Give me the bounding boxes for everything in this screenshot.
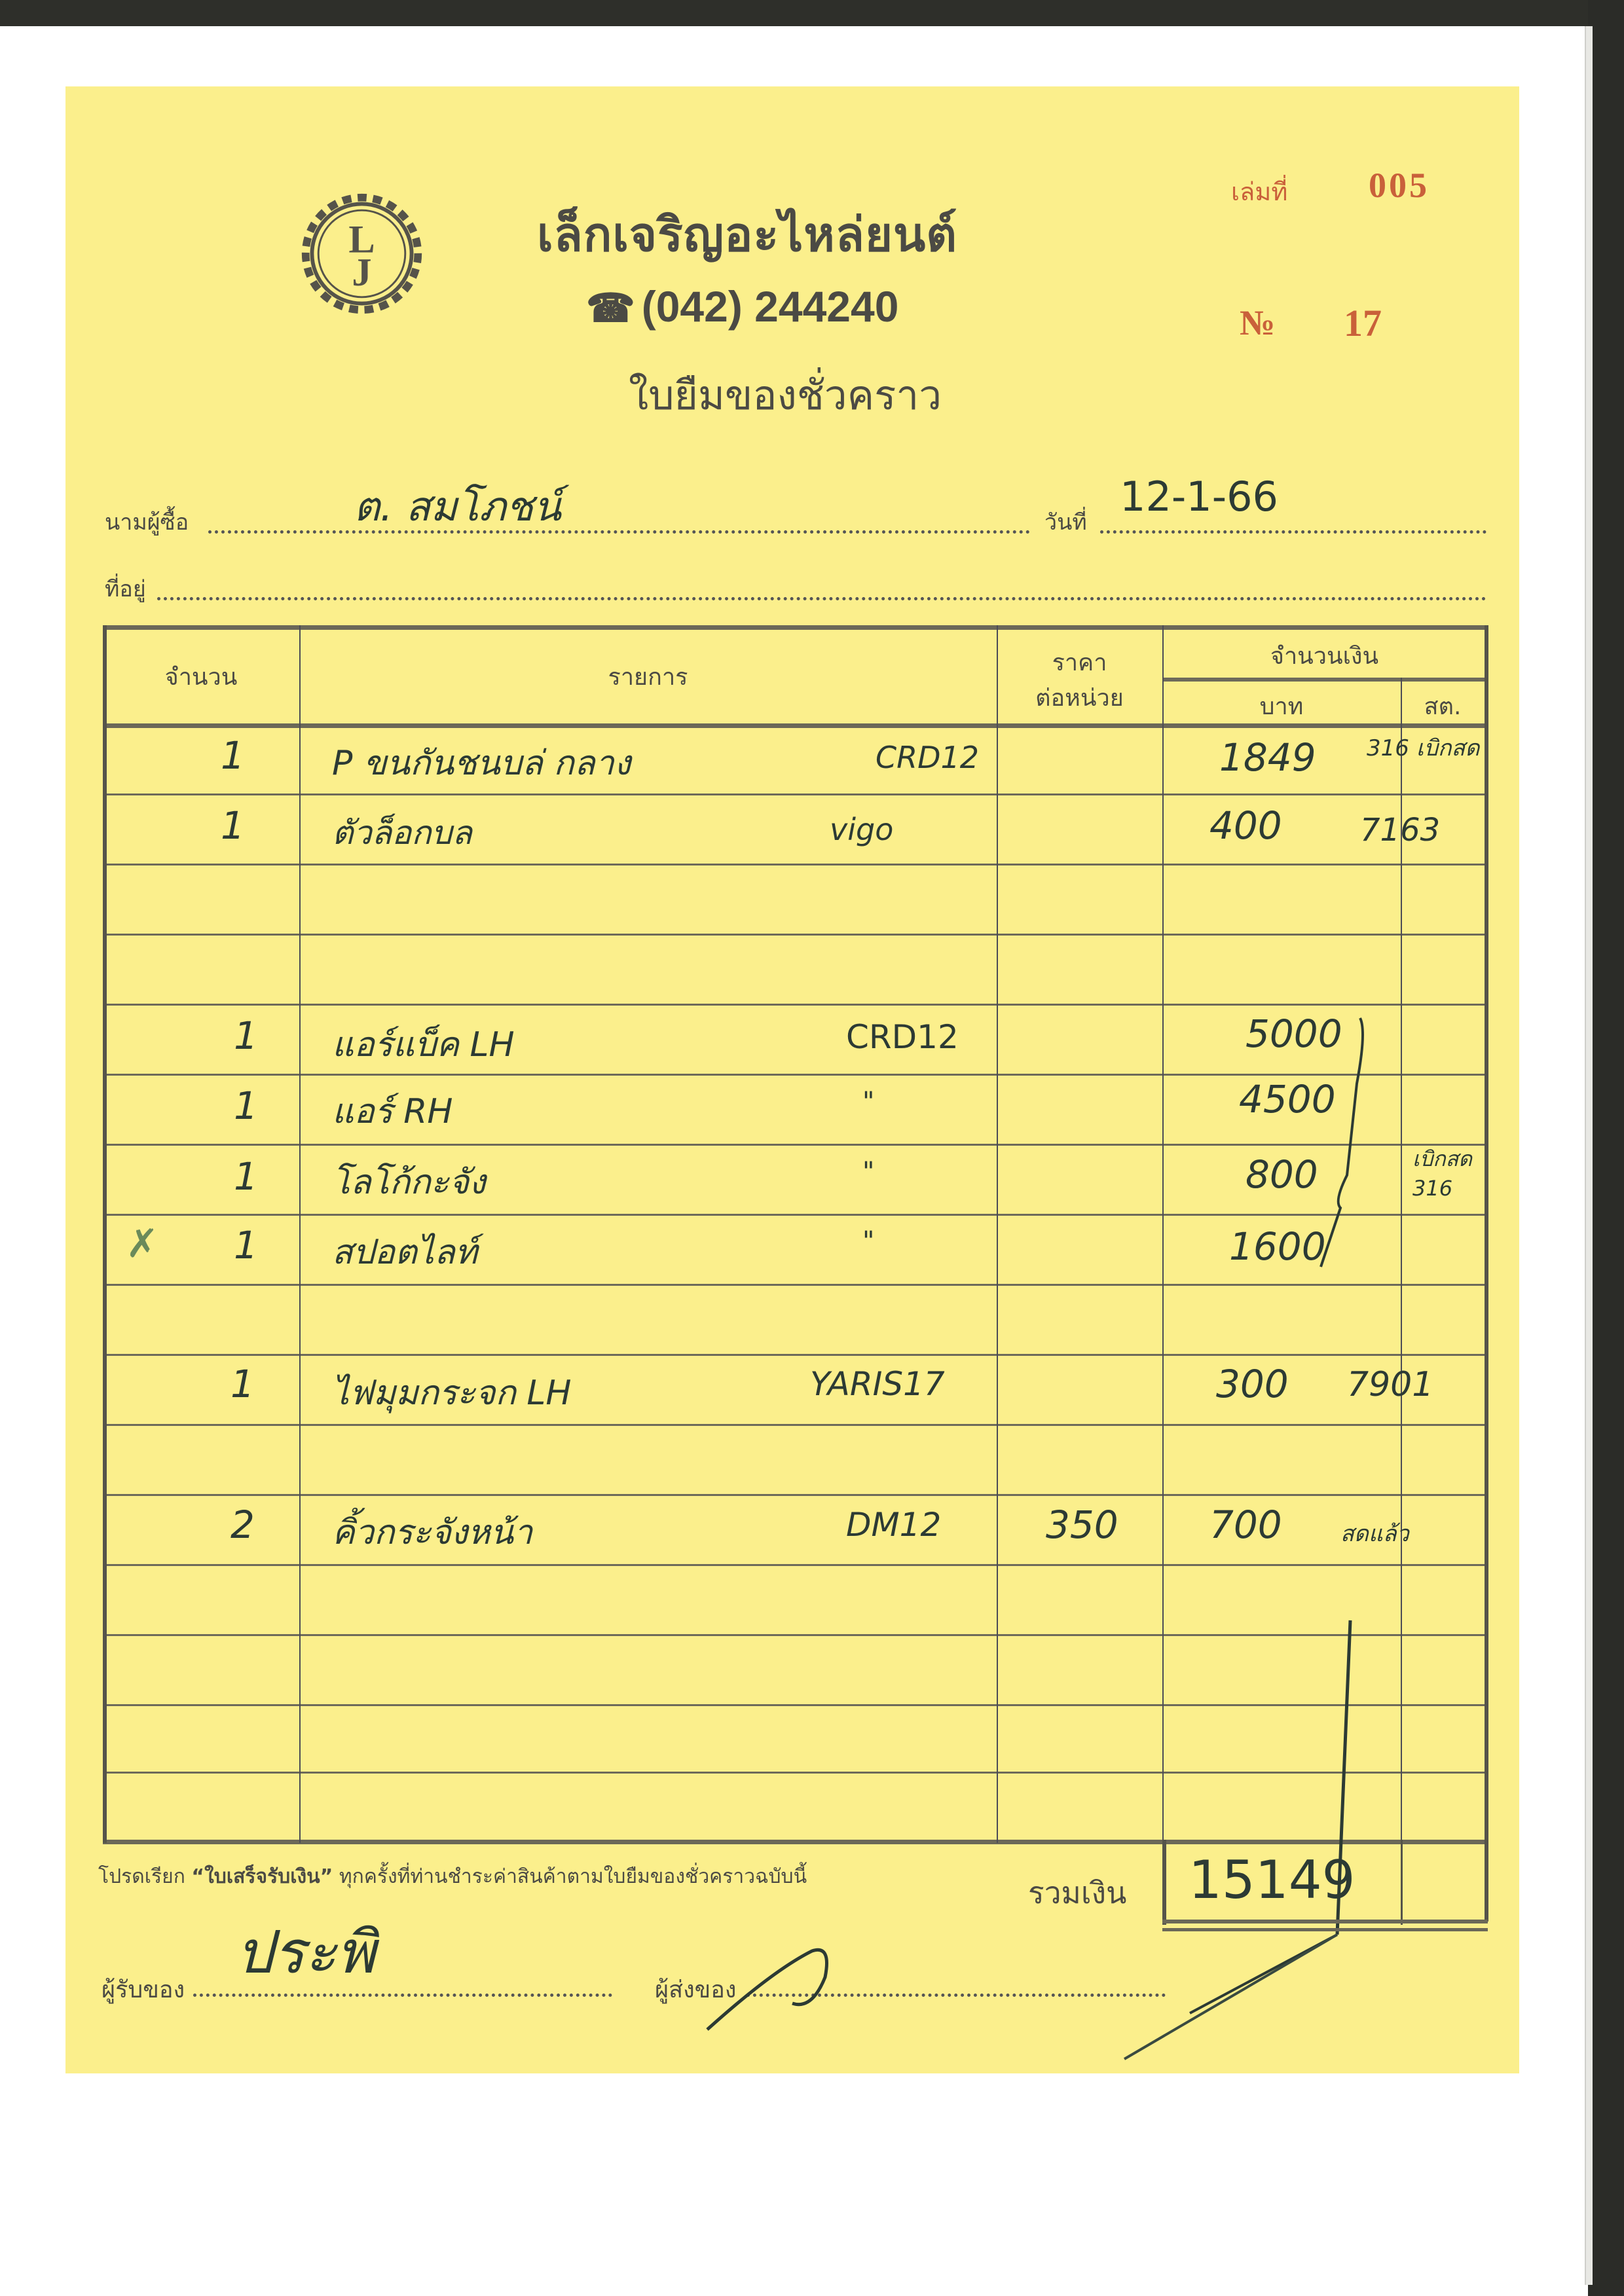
row5-model[interactable]: CRD12 xyxy=(846,1018,959,1056)
book-number: 005 xyxy=(1369,165,1430,206)
row12-baht[interactable]: 700 xyxy=(1209,1503,1282,1547)
total-box-mid xyxy=(1401,1840,1403,1925)
row7-note: เบิกสด 316 xyxy=(1412,1142,1498,1201)
receiver-label: ผู้รับของ xyxy=(101,1971,185,2008)
row10-qty[interactable]: 1 xyxy=(231,1362,255,1406)
row1-qty[interactable]: 1 xyxy=(221,733,245,778)
header-unit-price-1: ราคา xyxy=(997,644,1162,681)
date-value[interactable]: 12-1-66 xyxy=(1120,473,1278,520)
row-line xyxy=(103,1004,1488,1006)
header-baht: บาท xyxy=(1162,687,1401,725)
scanner-top-edge xyxy=(0,0,1624,26)
row6-qty[interactable]: 1 xyxy=(234,1084,258,1128)
date-label: วันที่ xyxy=(1044,504,1087,539)
backing-sheet-edge xyxy=(1585,26,1593,2285)
date-line xyxy=(1100,530,1486,534)
bracket-mark-icon xyxy=(1295,1005,1373,1280)
col-border-baht xyxy=(1401,678,1402,1922)
row1-item[interactable]: P ขนกันชนบล่ กลาง xyxy=(332,735,631,790)
telephone-icon: ☎ xyxy=(586,286,635,330)
row10-baht[interactable]: 300 xyxy=(1216,1362,1289,1406)
row-line xyxy=(103,934,1488,936)
address-line[interactable] xyxy=(157,597,1486,600)
row-line xyxy=(103,1494,1488,1496)
total-double-line-1 xyxy=(1162,1920,1488,1923)
row2-qty[interactable]: 1 xyxy=(221,803,245,848)
tally-stroke-icon xyxy=(876,1607,1399,2066)
total-double-line-2 xyxy=(1162,1928,1488,1931)
buyer-label: นามผู้ซื้อ xyxy=(105,504,189,539)
buyer-name[interactable]: ต. สมโภชน์ xyxy=(354,475,561,539)
svg-text:J: J xyxy=(352,251,371,295)
header-qty: จำนวน xyxy=(103,658,299,695)
row-line xyxy=(103,1424,1488,1426)
row10-item[interactable]: ไฟมุมกระจก LH xyxy=(332,1365,571,1419)
row8-model[interactable]: " xyxy=(862,1226,874,1256)
row6-model[interactable]: " xyxy=(862,1087,874,1117)
sender-signature-stroke-icon xyxy=(681,1931,943,2036)
row-line xyxy=(103,1284,1488,1286)
row2-model[interactable]: vigo xyxy=(830,812,893,847)
row10-note: 7901 xyxy=(1347,1365,1433,1404)
row6-item[interactable]: แอร์ RH xyxy=(332,1084,452,1138)
row5-item[interactable]: แอร์แบ็ค LH xyxy=(332,1017,515,1071)
row12-model[interactable]: DM12 xyxy=(846,1506,941,1544)
row2-note: 7163 xyxy=(1360,812,1440,848)
company-logo-gear-icon: L J xyxy=(298,190,426,318)
strike-mark-icon: ✗ xyxy=(126,1221,158,1267)
row8-item[interactable]: สปอตไลท์ xyxy=(332,1224,477,1279)
row1-note: 316 เบิกสด xyxy=(1367,730,1491,765)
header-item: รายการ xyxy=(299,658,997,695)
amount-subheader-line xyxy=(1164,678,1488,682)
number-label: № xyxy=(1240,302,1275,343)
row-line xyxy=(103,1354,1488,1356)
buyer-line xyxy=(208,530,1030,534)
row-line xyxy=(103,1144,1488,1146)
row-line xyxy=(103,1074,1488,1076)
row2-item[interactable]: ตัวล็อกบล xyxy=(332,807,472,859)
total-label: รวมเงิน xyxy=(1028,1869,1127,1917)
col-border-right xyxy=(1485,625,1488,1922)
row-line xyxy=(103,1214,1488,1216)
header-unit-price-2: ต่อหน่วย xyxy=(997,679,1162,716)
row12-unit-price[interactable]: 350 xyxy=(1046,1503,1118,1547)
row7-model[interactable]: " xyxy=(862,1157,874,1187)
row5-qty[interactable]: 1 xyxy=(234,1013,258,1058)
row-line xyxy=(103,1564,1488,1566)
col-border-left xyxy=(103,625,107,1843)
table-top-border xyxy=(103,625,1488,630)
row8-qty[interactable]: 1 xyxy=(234,1223,258,1267)
company-name: เล็กเจริญอะไหล่ยนต์ xyxy=(537,196,957,272)
scanner-right-edge xyxy=(1588,0,1624,2296)
row1-model[interactable]: CRD12 xyxy=(876,740,979,775)
row10-model[interactable]: YARIS17 xyxy=(810,1365,945,1403)
row2-baht[interactable]: 400 xyxy=(1209,803,1282,848)
items-table: จำนวน รายการ ราคา ต่อหน่วย จำนวนเงิน บาท… xyxy=(103,625,1488,1840)
row12-item[interactable]: คิ้วกระจังหน้า xyxy=(332,1504,532,1559)
row12-qty[interactable]: 2 xyxy=(231,1503,255,1547)
row-line xyxy=(103,793,1488,795)
total-amount[interactable]: 15149 xyxy=(1189,1850,1356,1910)
document-number: 17 xyxy=(1344,301,1382,345)
phone-number: ☎(042) 244240 xyxy=(586,282,898,331)
receipt-notice: โปรดเรียก “ใบเสร็จรับเงิน” ทุกครั้งที่ท่… xyxy=(98,1861,807,1892)
header-amount: จำนวนเงิน xyxy=(1162,637,1486,674)
header-satang: สต. xyxy=(1401,687,1485,725)
row-line xyxy=(103,864,1488,866)
col-border-qty xyxy=(299,625,301,1843)
address-label: ที่อยู่ xyxy=(105,571,146,606)
row7-qty[interactable]: 1 xyxy=(234,1154,258,1199)
receiver-signature: ประพิ xyxy=(236,1905,375,1999)
book-label: เล่มที่ xyxy=(1231,172,1287,211)
row1-baht[interactable]: 1849 xyxy=(1219,735,1316,780)
document-title: ใบยืมของชั่วคราว xyxy=(629,363,942,428)
total-box-left xyxy=(1162,1840,1166,1925)
row12-note: สดแล้ว xyxy=(1340,1516,1409,1551)
row7-item[interactable]: โลโก้กะจัง xyxy=(332,1154,485,1209)
